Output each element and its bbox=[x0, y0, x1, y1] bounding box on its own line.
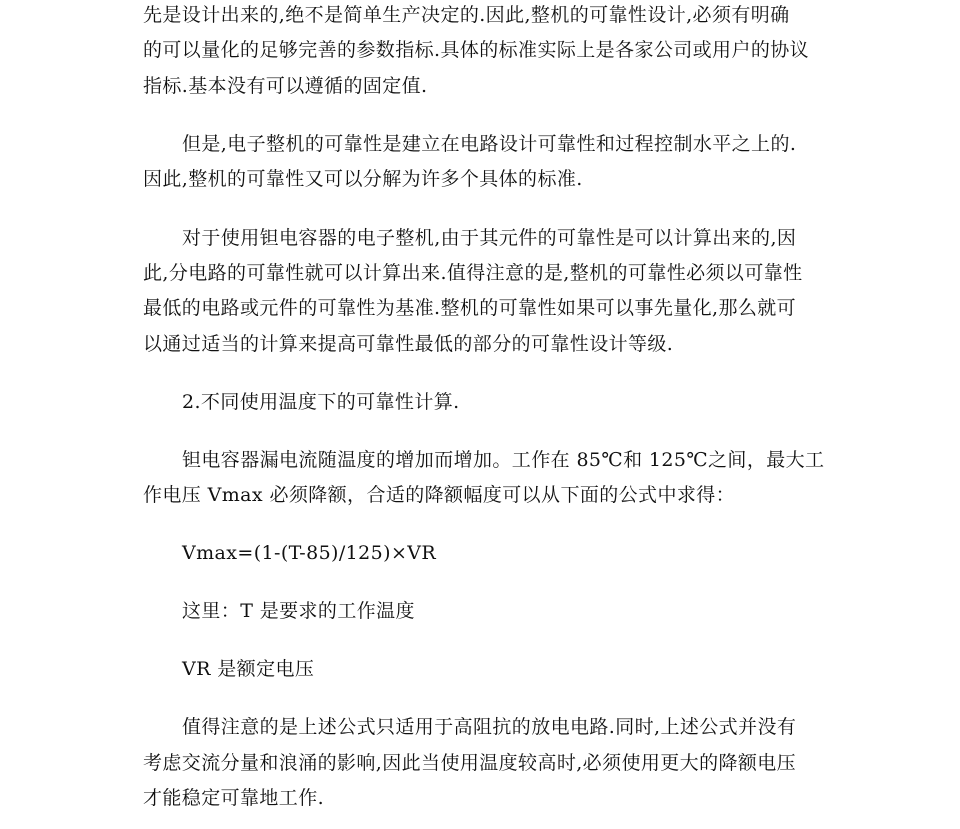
paragraph-line: 以通过适当的计算来提高可靠性最低的部分的可靠性设计等级. bbox=[143, 332, 673, 356]
paragraph-line: 作电压 Vmax 必须降额，合适的降额幅度可以从下面的公式中求得： bbox=[143, 483, 735, 507]
paragraph-line: 钽电容器漏电流随温度的增加而增加。工作在 85℃和 125℃之间，最大工 bbox=[182, 448, 824, 472]
paragraph-line: 值得注意的是上述公式只适用于高阻抗的放电电路.同时,上述公式并没有 bbox=[182, 715, 796, 739]
formula: Vmax=(1-(T-85)/125)×VR bbox=[182, 541, 436, 565]
paragraph-line: 因此,整机的可靠性又可以分解为许多个具体的标准. bbox=[143, 167, 583, 191]
paragraph-line: 此,分电路的可靠性就可以计算出来.值得注意的是,整机的可靠性必须以可靠性 bbox=[143, 261, 803, 285]
paragraph-line: 考虑交流分量和浪涌的影响,因此当使用温度较高时,必须使用更大的降额电压 bbox=[143, 751, 796, 775]
definition-t: 这里：T 是要求的工作温度 bbox=[182, 599, 415, 623]
paragraph-line: 对于使用钽电容器的电子整机,由于其元件的可靠性是可以计算出来的,因 bbox=[182, 226, 796, 250]
paragraph-line: 先是设计出来的,绝不是简单生产决定的.因此,整机的可靠性设计,必须有明确 bbox=[143, 3, 790, 27]
section-heading: 2.不同使用温度下的可靠性计算. bbox=[182, 390, 460, 414]
paragraph-line: 指标.基本没有可以遵循的固定值. bbox=[143, 74, 427, 98]
paragraph-line: 才能稳定可靠地工作. bbox=[143, 786, 324, 810]
definition-vr: VR 是额定电压 bbox=[182, 657, 314, 681]
paragraph-line: 的可以量化的足够完善的参数指标.具体的标准实际上是各家公司或用户的协议 bbox=[143, 38, 809, 62]
paragraph-line: 但是,电子整机的可靠性是建立在电路设计可靠性和过程控制水平之上的. bbox=[182, 132, 796, 156]
paragraph-line: 最低的电路或元件的可靠性为基准.整机的可靠性如果可以事先量化,那么就可 bbox=[143, 296, 796, 320]
